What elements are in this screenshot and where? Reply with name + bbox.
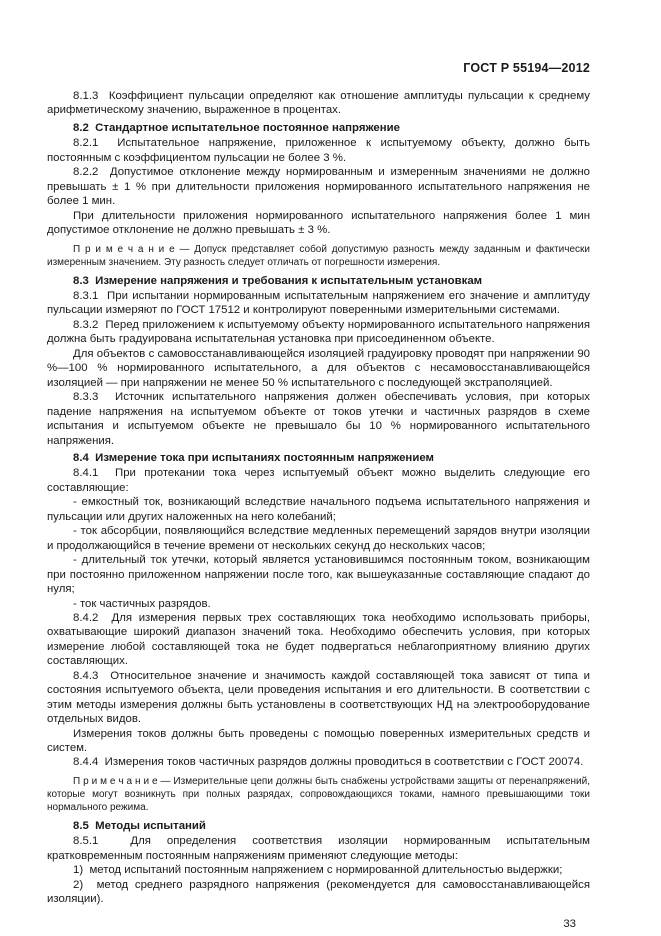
- document-paragraph: 8.2.1 Испытательное напряжение, приложен…: [47, 136, 590, 165]
- section-heading: 8.5 Методы испытаний: [47, 819, 590, 833]
- document-paragraph: При длительности приложения нормированно…: [47, 209, 590, 238]
- document-paragraph: - емкостный ток, возникающий вследствие …: [47, 495, 590, 524]
- document-paragraph: - длительный ток утечки, который являетс…: [47, 553, 590, 596]
- document-paragraph: - ток частичных разрядов.: [47, 597, 590, 611]
- document-paragraph: 8.3.2 Перед приложением к испытуемому об…: [47, 318, 590, 347]
- document-paragraph: - ток абсорбции, появляющийся вследствие…: [47, 524, 590, 553]
- document-paragraph: Для объектов с самовосстанавливающейся и…: [47, 347, 590, 390]
- document-paragraph: 8.4.1 При протекании тока через испытуем…: [47, 466, 590, 495]
- document-paragraph: 8.4.4 Измерения токов частичных разрядов…: [47, 755, 590, 769]
- page-number: 33: [47, 918, 590, 930]
- note-paragraph: П р и м е ч а н и е — Допуск представляе…: [47, 243, 590, 269]
- document-paragraph: Измерения токов должны быть проведены с …: [47, 727, 590, 756]
- document-paragraph: 8.4.3 Относительное значение и значимост…: [47, 669, 590, 727]
- document-paragraph: 8.3.1 При испытании нормированным испыта…: [47, 289, 590, 318]
- section-heading: 8.4 Измерение тока при испытаниях постоя…: [47, 451, 590, 465]
- document-paragraph: 8.4.2 Для измерения первых трех составля…: [47, 611, 590, 669]
- document-page: ГОСТ Р 55194—2012 8.1.3 Коэффициент пуль…: [0, 0, 661, 936]
- document-paragraph: 1) метод испытаний постоянным напряжение…: [47, 863, 590, 877]
- note-paragraph: П р и м е ч а н и е — Измерительные цепи…: [47, 775, 590, 814]
- document-paragraph: 8.1.3 Коэффициент пульсации определяют к…: [47, 89, 590, 118]
- standard-designation-header: ГОСТ Р 55194—2012: [47, 61, 590, 75]
- document-paragraph: 8.2.2 Допустимое отклонение между нормир…: [47, 165, 590, 208]
- document-paragraph: 8.5.1 Для определения соответствия изоля…: [47, 834, 590, 863]
- section-heading: 8.3 Измерение напряжения и требования к …: [47, 274, 590, 288]
- document-paragraph: 2) метод среднего разрядного напряжения …: [47, 878, 590, 907]
- document-paragraph: 8.3.3 Источник испытательного напряжения…: [47, 390, 590, 448]
- section-heading: 8.2 Стандартное испытательное постоянное…: [47, 121, 590, 135]
- document-content: 8.1.3 Коэффициент пульсации определяют к…: [47, 89, 590, 907]
